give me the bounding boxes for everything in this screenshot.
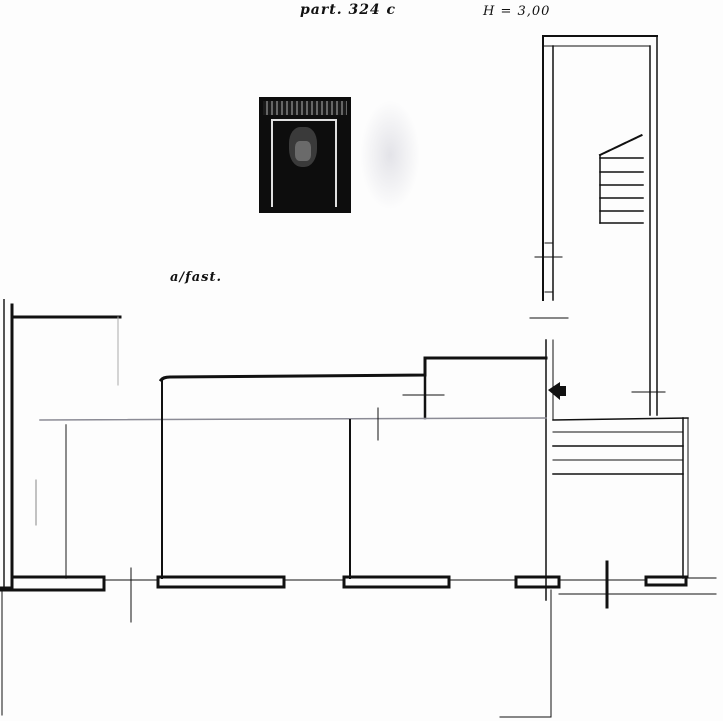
- stair-tower-walls: [543, 36, 657, 415]
- floor-plan-drawing: [0, 0, 723, 721]
- entrance-arrow: [548, 382, 566, 400]
- staircase-treads: [600, 135, 643, 223]
- left-wing: [4, 300, 120, 590]
- landing-room: [553, 418, 688, 578]
- north-wall: [161, 358, 546, 418]
- floor-plan-sheet: part. 324 c H = 3,00 a/fast.: [0, 0, 723, 721]
- window-marks: [530, 243, 665, 392]
- south-wall: [0, 562, 716, 622]
- interior-walls: [36, 380, 378, 578]
- site-boundary: [2, 590, 551, 717]
